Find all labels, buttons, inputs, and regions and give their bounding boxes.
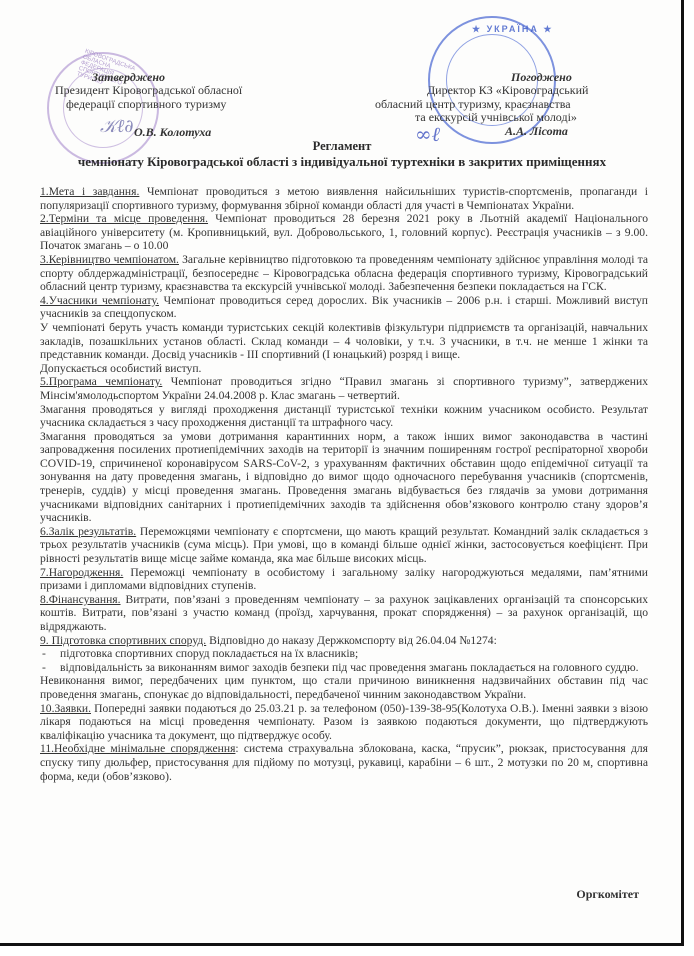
section-heading: 4.Учасники чемпіонату. bbox=[40, 294, 159, 307]
approval-left-label: Затверджено bbox=[92, 70, 165, 84]
approval-right-position-2: обласний центр туризму, краєзнавства bbox=[375, 97, 571, 111]
section-text: Попередні заявки подаються до 25.03.21 р… bbox=[40, 702, 648, 742]
section-heading: 1.Мета і завдання. bbox=[40, 185, 139, 198]
approval-right-name: А.А. Лісота bbox=[505, 124, 568, 138]
section-4: 4.Учасники чемпіонату. Чемпіонат проводи… bbox=[40, 294, 648, 321]
signoff: Оргкомітет bbox=[576, 887, 639, 902]
approval-left-position-1: Президент Кіровоградської обласної bbox=[55, 83, 242, 97]
section-heading: 3.Керівництво чемпіонатом. bbox=[40, 253, 179, 266]
paragraph: У чемпіонаті беруть участь команди турис… bbox=[40, 321, 648, 362]
section-8: 8.Фінансування. Витрати, пов’язані з про… bbox=[40, 593, 648, 634]
section-heading: 9. Підготовка спортивних споруд. bbox=[40, 634, 206, 647]
section-heading: 5.Програма чемпіонату. bbox=[40, 375, 162, 388]
section-text: Змагання проводяться за умови дотримання… bbox=[40, 430, 648, 525]
section-6: 6.Залік результатів. Переможцями чемпіон… bbox=[40, 525, 648, 566]
section-heading: 2.Терміни та місце проведення. bbox=[40, 212, 208, 225]
list-item: відповідальність за виконанням вимог зах… bbox=[40, 661, 648, 675]
stamp-right-text: ★ УКРАЇНА ★ bbox=[472, 24, 553, 35]
document-subtitle: чемпіонату Кіровоградської області з інд… bbox=[0, 154, 684, 170]
section-heading: 11.Необхідне мінімальне спорядження bbox=[40, 742, 235, 755]
section-5: 5.Програма чемпіонату. Чемпіонат проводи… bbox=[40, 375, 648, 402]
document-page: КІРОВОГРАДСЬКА ОБЛАСНА ФЕДЕРАЦІЯ СПОРТИВ… bbox=[0, 0, 684, 946]
paragraph: Допускається особистий виступ. bbox=[40, 362, 648, 376]
paragraph: Змагання проводяться за умови дотримання… bbox=[40, 430, 648, 525]
section-heading: 7.Нагородження. bbox=[40, 566, 123, 579]
section-text: Допускається особистий виступ. bbox=[40, 362, 201, 375]
section-heading: 6.Залік результатів. bbox=[40, 525, 136, 538]
section-2: 2.Терміни та місце проведення. Чемпіонат… bbox=[40, 212, 648, 253]
document-title: Регламент bbox=[0, 139, 684, 154]
section-9-list: підготовка спортивних споруд покладаєтьс… bbox=[40, 647, 648, 674]
approval-left-position-2: федерації спортивного туризму bbox=[66, 97, 226, 111]
document-body: 1.Мета і завдання. Чемпіонат проводиться… bbox=[40, 185, 648, 783]
paragraph: Невиконання вимог, передбачених цим пунк… bbox=[40, 674, 648, 701]
list-item: підготовка спортивних споруд покладаєтьс… bbox=[40, 647, 648, 661]
section-text: Невиконання вимог, передбачених цим пунк… bbox=[40, 674, 648, 701]
section-3: 3.Керівництво чемпіонатом. Загальне кері… bbox=[40, 253, 648, 294]
signature-left-icon: 𝒦ℓ∂ bbox=[100, 116, 134, 137]
section-text: У чемпіонаті беруть участь команди турис… bbox=[40, 321, 648, 361]
section-10: 10.Заявки. Попередні заявки подаються до… bbox=[40, 702, 648, 743]
section-text: Переможці чемпіонату в особистому і зага… bbox=[40, 566, 648, 593]
approval-right-position-1: Директор КЗ «Кіровоградський bbox=[427, 83, 588, 97]
section-text: Витрати, пов’язані з проведенням чемпіон… bbox=[40, 593, 648, 633]
section-text: Відповідно до наказу Держкомспорту від 2… bbox=[206, 634, 497, 647]
section-11: 11.Необхідне мінімальне спорядження: сис… bbox=[40, 742, 648, 783]
section-7: 7.Нагородження. Переможці чемпіонату в о… bbox=[40, 566, 648, 593]
section-1: 1.Мета і завдання. Чемпіонат проводиться… bbox=[40, 185, 648, 212]
paragraph: Змагання проводяться у вигляді проходжен… bbox=[40, 403, 648, 430]
section-9: 9. Підготовка спортивних споруд. Відпові… bbox=[40, 634, 648, 648]
section-text: Змагання проводяться у вигляді проходжен… bbox=[40, 403, 648, 430]
section-heading: 8.Фінансування. bbox=[40, 593, 121, 606]
approval-right-label: Погоджено bbox=[511, 70, 572, 84]
approval-left-name: О.В. Колотуха bbox=[134, 125, 211, 139]
section-heading: 10.Заявки. bbox=[40, 702, 91, 715]
